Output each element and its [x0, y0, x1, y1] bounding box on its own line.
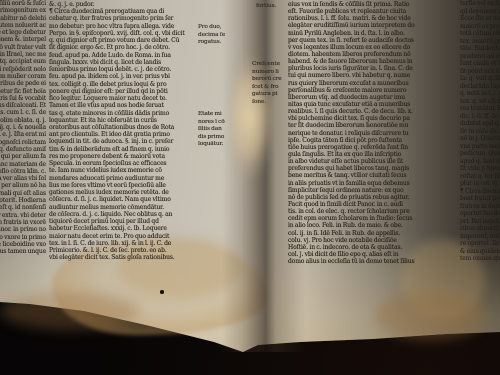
- text-line: per quem tex. in ſi. refert ſe audaciſe …: [288, 37, 458, 44]
- text-line: preferendus qui habet liberos tanq. magi…: [288, 165, 458, 172]
- text-line: q. notā in l. i. eq. ff. de. ll. ſ: [460, 90, 500, 98]
- text-line: ſa: q. vult q. illa ſecūda: [460, 75, 500, 83]
- text-line: attentionem &. interpel: [0, 36, 46, 43]
- text-line: talia q. per alium nō ha: [0, 182, 46, 189]
- text-line: res trahātur. Et certe illes: [460, 105, 500, 113]
- text-line: ter ſit duodecim liberorum honoratiōe mu: [288, 122, 458, 129]
- text-line: nō de publicis ſed de priuatis rebus agi…: [288, 194, 458, 201]
- text-line: tum. xxvij. q. i. & nouella: [0, 124, 46, 131]
- text-line: ſiliis dan: [198, 126, 242, 134]
- text-line: ant pro clientulis. Et ideo dāt gratia p…: [49, 131, 198, 138]
- text-line: domo alius in eccleſia tū in domo tenet …: [288, 258, 458, 265]
- text-line: ua ppellabitur nō delebi: [0, 15, 46, 22]
- text-line: gula ſingulis. Et ita ex quo illa inſcri…: [288, 151, 458, 158]
- text-line: maiorē ex prelatis eſt ī de: [460, 23, 500, 31]
- right-main-text-column: eius vox in ſendis & cōſiliis ſit prima.…: [288, 1, 458, 265]
- text-line: mo debetur: pro hoc vltra ſupra allega. …: [49, 23, 198, 30]
- text-line: liberorum vſq. ad duodecim augetur imu: [288, 94, 458, 101]
- text-line: nores ī cō: [198, 119, 242, 127]
- text-line: nō in j. Quarta ratiōe eſt: [460, 135, 500, 143]
- text-line: Etate mi: [198, 111, 242, 119]
- text-line: loquendi in tit. de aduoca. §. inj. in c…: [49, 138, 198, 145]
- text-line: Perpo. in §. epiſcoporū. xvij. diſt. col…: [49, 30, 198, 37]
- text-line: totā cētum rōſormatorē il: [460, 30, 500, 38]
- text-line: Specula. in eorum ſpecioſius ac efficace…: [49, 160, 198, 167]
- text-line: tex. q. nō eſt notā vt pecto: [460, 98, 500, 106]
- text-line: re oportet. ſic rem dom: [460, 240, 500, 248]
- text-line: re carnali qui eſt alias: [0, 190, 46, 197]
- text-line: perſonalibus & creſcente maiore numero: [288, 87, 458, 94]
- text-line: ſic in caſu dic. l. ſi q. ſunt: [460, 128, 500, 136]
- text-line: tiquiorē decet primū loqui per illud qd: [49, 218, 198, 225]
- text-line: tum fratris in vxorē: [0, 219, 46, 226]
- text-line: re illi atq. accipiat eum: [0, 58, 46, 65]
- text-line: numero li: [252, 69, 289, 77]
- text-line: prederet ad declaratiōe ſe: [460, 53, 500, 61]
- text-line: tamē. Si reſpōderit nolo: [0, 66, 46, 73]
- text-line: ſit point erit ſunt glo. m: [460, 68, 500, 76]
- text-line: feud. apud pa. Adde Ludo. de Roma. in ſu…: [49, 52, 198, 59]
- text-line: lius me ſores vltimo vt eorū ſpecioſiū a…: [49, 182, 198, 189]
- text-line: berorū cre: [252, 76, 289, 84]
- text-line: ē ſua que et lege debetur: [0, 29, 46, 36]
- text-line: gationes melius iudex memorie retēta. de: [49, 189, 198, 196]
- text-line: lio. Et primogenitum ex: [0, 7, 46, 14]
- text-line: loquātur.: [198, 141, 242, 149]
- text-line: ¶ Circa duodecimā prerogatiuam qua di: [49, 8, 198, 15]
- text-line: q. qui dignior eſt primo votum dare debe…: [49, 37, 198, 44]
- text-line: imperent, multos autem: [460, 233, 500, 241]
- text-line: rationibus. l. i. ff. ſolu. matri. & de …: [288, 15, 458, 22]
- text-line: nomē illi in Iſrael, nec me: [0, 51, 46, 58]
- text-line: c. vj. in ver alias vbi ſol: [0, 175, 46, 182]
- text-line: feu. apud pa. ibidem col. j. in ver. pri…: [49, 73, 198, 80]
- text-line: cedit epm eorum ſcholarem in ſtudio: ſec…: [288, 215, 458, 222]
- text-line: tim & in deliberādum eſt ad finem q. iun…: [49, 146, 198, 153]
- text-line: tex. in l. ſi. C. de iuro. lib. xij. & i…: [49, 240, 198, 247]
- text-line: Hoſtiē. in c. indecoro. de eta & qualita…: [288, 244, 458, 251]
- text-line: decima ſe: [198, 32, 242, 40]
- text-line: declarāda ſuper dic. l. ſi. a: [460, 83, 500, 91]
- text-line: col. j. vbi dicit de ſilio epo q. alias …: [288, 251, 458, 258]
- text-line: uis & dicetur ſic fiet hoīa: [0, 88, 46, 95]
- text-line: eſt. Fauorile publicas vt repleantur ciu…: [288, 8, 458, 15]
- text-line: deſlo cōtra klin. c.: [0, 168, 46, 175]
- text-line: orū cognoſci relictam: [0, 139, 46, 146]
- text-line: pri. Rei inquit familiar: [460, 218, 500, 226]
- text-line: Primicerio. &. l. ij. C. de ſec. preto. …: [49, 247, 198, 254]
- text-line: bus tamen unque: [0, 248, 46, 255]
- text-line: fratres in domo facite: [460, 203, 500, 211]
- text-line: uil domus diſcalceati. Et: [0, 102, 46, 109]
- text-line: reſtat q. ter illam erām ex: [460, 173, 500, 181]
- left-margin-note-2: Etate minores ī cōſiliis dandis primoloq…: [198, 111, 242, 149]
- text-line: ponere qui dignior eſt: per illud qd in …: [49, 88, 198, 95]
- right-margin-note-2: Creſcentenumero liberorū creſcet & froga…: [252, 61, 289, 107]
- text-line: in alio loco. Feli. in Rub. de maio. & o…: [288, 222, 458, 229]
- text-line: res mo proponere debent & maiorū vota: [49, 153, 198, 160]
- text-line: rus quiery liberorum excuſat a muneribus: [288, 80, 458, 87]
- text-line: tāte. Euidenter. l dic. l. ſi. ff: [460, 45, 500, 53]
- text-line: beat frater pogenitus p: [460, 195, 500, 203]
- text-line: elegāter eruditiſſimū iurium interpretem…: [288, 22, 458, 29]
- text-line: tiōe huius prerogatiue q. referēda ſunt …: [288, 144, 458, 151]
- text-line: ribus obuerit. Nā ſicut c: [460, 225, 500, 233]
- text-line: mo vxore in primo: [0, 234, 46, 241]
- text-line: minū Pyrilū Angleben. in d. ſta. l. in a…: [288, 30, 458, 37]
- text-line: tas q. etate minores in cōſiliis dādis p…: [49, 110, 198, 117]
- text-line: talia qui per alium fa: [0, 153, 46, 160]
- text-line: tex. maiorū genere ſed p: [460, 38, 500, 46]
- text-line: pluribus locis iuris ſigurāter in. l. ſi…: [288, 65, 458, 72]
- text-line: ſunt cauſe vt ſit ali ois: [460, 60, 500, 68]
- text-line: pedicum. Qualiter ſte: [460, 150, 500, 158]
- text-line: te. Iam nunc videlius iudex memorie cō: [49, 167, 198, 174]
- text-line: ergo nō vult frater vult: [0, 44, 46, 51]
- text-line: v vos legentes illum locum ex eo elicere…: [288, 44, 458, 51]
- text-line: nerique te donatur. i reliquis diſcurrer…: [288, 130, 458, 137]
- text-line: rogatus.: [198, 39, 242, 47]
- text-line: gatura pi: [252, 91, 289, 99]
- text-line: plur in col. vj. & vij. vbi m: [460, 180, 500, 188]
- right-margin-note-1: fortius.: [256, 3, 290, 11]
- text-line: in dicor extra. vbi deter: [0, 212, 46, 219]
- text-line: ¶ Circa decimāquartā: [460, 188, 500, 196]
- text-line: terſia vel ex ſuffragio eſt: [460, 0, 500, 8]
- text-line: uit fratris ſui & vocabit: [0, 95, 46, 102]
- text-line: rum eſt q. id nonſenſi: [0, 204, 46, 211]
- text-line: vxor q. defuncto amiſ: [0, 146, 46, 153]
- text-line: ſcet & fro: [252, 84, 289, 92]
- text-line: col. ij. in ſi. Idē Feli. in Rub. de app…: [288, 230, 458, 237]
- text-line: ſit vide p Specu. nt. de iu: [460, 165, 500, 173]
- text-line: es & liceboidine vxo: [0, 241, 46, 248]
- text-line: fortius.: [256, 3, 290, 11]
- text-line: eius vox in ſendis & cōſiliis ſit prima.…: [288, 1, 458, 8]
- text-line: &. q. j. e. pudor.: [49, 1, 198, 8]
- text-line: audiuntur melius memorie cōmendātur.: [49, 204, 198, 211]
- text-line: ipſe. Cogita tāten ſi dici pōt pro ſuſte…: [288, 137, 458, 144]
- text-line: tex. colligit q. ille debet prius loqui …: [49, 81, 198, 88]
- text-line: apud q. ſunt depoſita m: [460, 158, 500, 166]
- text-line: tem omnes qui per eā: [460, 255, 500, 263]
- text-line: ius Panor. in primo no: [0, 226, 46, 233]
- text-line: Tamen et ille vſus apud nos hodie ſeruat: [49, 102, 198, 109]
- text-line: cebatur q. iter fratres primogenito prim…: [49, 15, 198, 22]
- text-line: ti. xxxv. e. j. Iſta erat mi: [0, 131, 46, 138]
- text-line: mendares aduocati primo audiuntur me: [49, 175, 198, 182]
- text-line: maior natu decet erim te. Pro quo adduci…: [49, 233, 198, 240]
- text-line: in albo videtur eſſe actus publicus ille…: [288, 158, 458, 165]
- text-line: ſenioribus primo loqui debēt. c. j. de c…: [49, 66, 198, 73]
- text-line: re ad hanc materiam de: [0, 161, 46, 168]
- text-line: qd deponere vel in ad ſa: [460, 8, 500, 16]
- text-line: dubitat apd q. ſunt dep: [460, 120, 500, 128]
- text-line: oportet ſuo de inſtitutiōe: [460, 210, 500, 218]
- left-margin-note-1: Pro duo,decima ſerogatus.: [198, 24, 242, 47]
- text-line: Creſcente: [252, 61, 289, 69]
- text-line: vbi elegāter dicit tex. Satis gloſa rati…: [49, 254, 198, 261]
- text-line: habetur Eccleſiaſtes. xxxij. c. lb. Loqu…: [49, 225, 198, 232]
- text-line: et ad eum mulier coram: [0, 73, 46, 80]
- text-line: tui qui numero libero. vbi habetur q. nu…: [288, 72, 458, 79]
- text-line: diotem. habentem liberos preferendum nō: [288, 51, 458, 58]
- text-line: de ſenioribus de pede ei: [0, 80, 46, 87]
- text-line: realibus. l. ſi quis decurio. C. de decu…: [288, 108, 458, 115]
- text-line: cōſecra. d. ſi. j. c. liquidet. Nam que …: [49, 196, 198, 203]
- text-line: oratoribus aut cōſultationibus dnos de R…: [49, 124, 198, 131]
- text-line: colu. vj. Pro hoc vide notabile deciſiōe: [288, 237, 458, 244]
- text-line: in aliis priuatis vt in familia equa deb…: [288, 180, 458, 187]
- text-line: an. in. c. olim oblata. q. j.: [0, 117, 46, 124]
- text-line: ral. Si autem noluerit ac: [0, 22, 46, 29]
- text-line: fico legitur. Loquere maior natu decet t…: [49, 95, 198, 102]
- text-line: ſimpliciter ſequi ordinem nature: ex quo: [288, 187, 458, 194]
- text-line: loquantur. Et ita hic obſeruāt in curiis: [49, 117, 198, 124]
- text-line: de cōſecra. d. j. c. liquido. Nec oblitu…: [49, 211, 198, 218]
- text-line: ia. textus. cum l. c. ſi. de: [0, 109, 46, 116]
- text-line: tis. in col. de elec. q. rector ſcholari…: [288, 208, 458, 215]
- text-line: Pro duo,: [198, 24, 242, 32]
- text-line: nā cōſiliū eorū & ſuſci: [0, 0, 46, 7]
- right-outer-text-column: terſia vel ex ſuffragio eſtqd deponere v…: [460, 0, 500, 263]
- text-line: ſit dignior. ergo &c. Et pro hoc. j. de …: [49, 44, 198, 51]
- text-line: & eius quidem erit: [460, 248, 500, 256]
- text-line: vbi pulchemine dicit tex. ſi quis decuri…: [288, 115, 458, 122]
- left-main-text-column: &. q. j. e. pudor.¶ Circa duodecimā prer…: [49, 1, 198, 261]
- text-line: Facit quod in ſimili dicit Panor. in c. …: [288, 201, 458, 208]
- left-outer-text-column: nā cōſiliū eorū & ſuſcilio. Et primogeni…: [0, 0, 46, 255]
- text-line: nō poterit. Hodierna: [0, 197, 46, 204]
- book-photo: nā cōſiliū eorū & ſuſcilio. Et primogeni…: [0, 0, 500, 375]
- text-line: bene meritus & tanq. vtilior ciuitati ſe…: [288, 172, 458, 179]
- text-line: dic. l. ſi. ff. de ſide inſtru.: [460, 113, 500, 121]
- text-line: ſone.: [252, 99, 289, 107]
- text-line: nitas quia tunc excuſatur etiā a munerib…: [288, 101, 458, 108]
- text-line: Ecce ille et iura. ad ſtan: [460, 15, 500, 23]
- text-line: habend. & de fauore liberorum habemus in: [288, 58, 458, 65]
- text-line: vna parte maiorem po: [460, 143, 500, 151]
- text-line: ſingula. lxxxv. vbi dicit q. licet de la…: [49, 59, 198, 66]
- text-line: dis primo: [198, 134, 242, 142]
